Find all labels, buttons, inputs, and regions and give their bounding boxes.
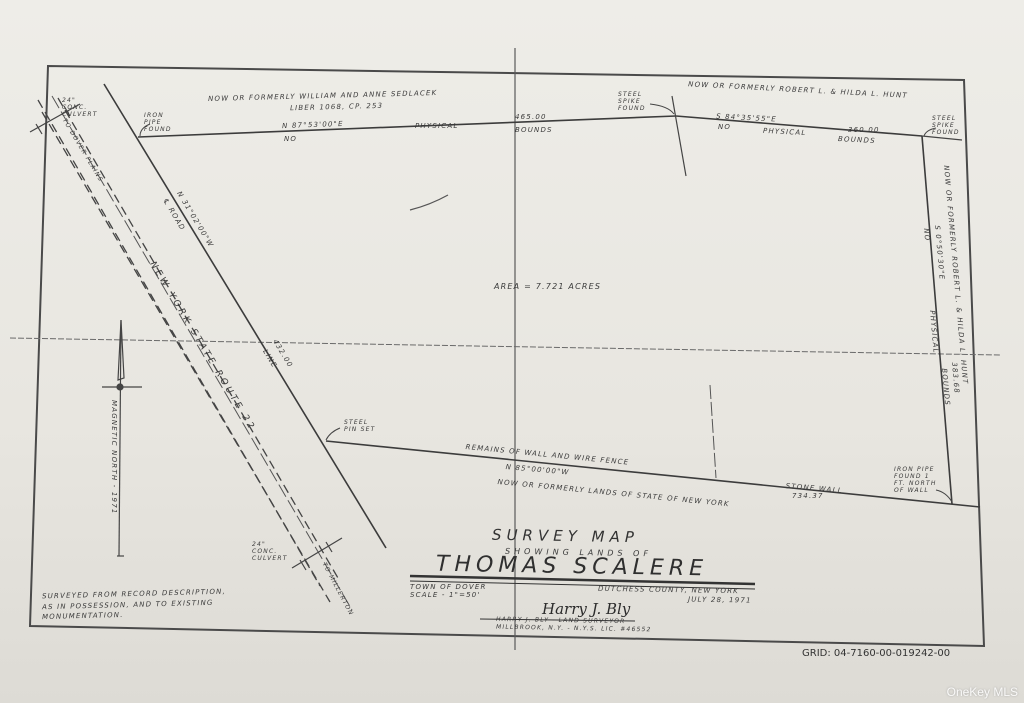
culvert-symbols — [30, 104, 342, 570]
owner-name-title: THOMAS SCALERE — [436, 552, 708, 582]
north-bounds-label: BOUNDS — [515, 126, 553, 134]
ne-distance-label: 360.00 — [848, 126, 880, 134]
parcel-boundary — [104, 84, 980, 548]
date-label: JULY 28, 1971 — [688, 595, 752, 604]
culvert-n-label: 24" CONC. CULVERT — [62, 98, 98, 119]
north-distance-label: 465.00 — [515, 113, 547, 121]
road-route-22 — [38, 98, 338, 602]
south-distance-label: 734.37 — [792, 492, 824, 500]
grid-id-label: GRID: 04-7160-00-019242-00 — [802, 648, 950, 660]
east-no-label: NO — [922, 228, 931, 242]
north-arrow — [102, 320, 142, 556]
iron-pipe-nw-label: IRON PIPE FOUND — [144, 113, 184, 134]
area-label: AREA = 7.721 ACRES — [494, 282, 601, 291]
town-label: TOWN OF DOVER — [410, 583, 487, 591]
scale-label: SCALE - 1"=50' — [410, 591, 481, 599]
survey-drawing — [0, 0, 1024, 703]
steel-spike-n-label: STEEL SPIKE FOUND — [618, 92, 652, 113]
ne-no-label: NO — [718, 123, 731, 131]
iron-pipe-se-label: IRON PIPE FOUND 1 FT. NORTH OF WALL — [894, 467, 944, 495]
north-no-label: NO — [284, 135, 297, 143]
steel-pin-sw-label: STEEL PIN SET — [344, 420, 384, 434]
fold-line-horizontal — [10, 338, 1000, 355]
surveyor-signature: Harry J. Bly — [542, 601, 630, 618]
north-physical-label: PHYSICAL — [415, 122, 458, 130]
north-arrow-label: MAGNETIC NORTH - 1971 — [110, 400, 118, 515]
survey-map-title: SURVEY MAP — [492, 527, 639, 547]
culvert-s-label: 24" CONC. CULVERT — [252, 542, 292, 563]
watermark: OneKey MLS — [947, 685, 1018, 699]
steel-spike-ne-label: STEEL SPIKE FOUND — [932, 116, 966, 137]
